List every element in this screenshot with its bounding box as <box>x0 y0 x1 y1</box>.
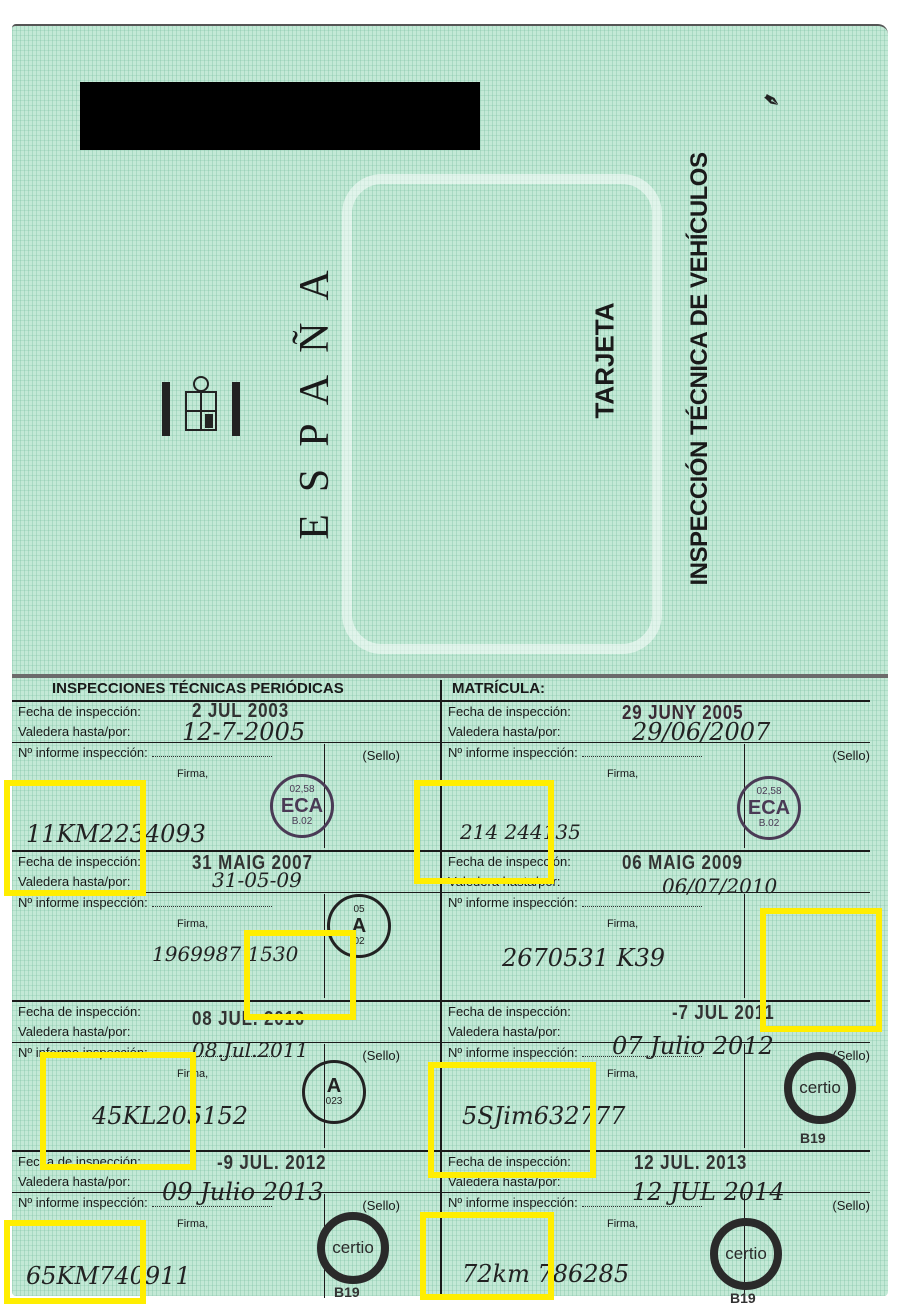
highlight-box <box>40 1052 196 1170</box>
highlight-box <box>4 1220 146 1304</box>
stamped-date: 06 MAIG 2009 <box>622 852 743 875</box>
highlight-box <box>414 780 554 884</box>
fold-line <box>12 674 888 678</box>
highlight-box <box>244 930 356 1020</box>
eca-stamp: 02,58ECAB.02 <box>270 774 334 838</box>
valid-until: 09 Julio 2013 <box>162 1178 324 1206</box>
country-title: ESPAÑA <box>291 234 339 554</box>
a-stamp: A023 <box>302 1060 366 1124</box>
periodic-inspections-column: INSPECCIONES TÉCNICAS PERIÓDICAS Fecha d… <box>12 680 442 1300</box>
valid-until: 29/06/2007 <box>632 718 770 746</box>
highlight-box <box>420 1212 554 1300</box>
stamped-date: -9 JUL. 2012 <box>217 1152 326 1175</box>
certio-stamp: certio <box>317 1212 389 1284</box>
certio-stamp: certio <box>710 1218 782 1290</box>
card-word: TARJETA <box>590 271 621 451</box>
redacted-block <box>80 82 480 150</box>
report-number: 2670531 K39 <box>502 944 665 972</box>
card-title: INSPECCIÓN TÉCNICA DE VEHÍCULOS <box>686 139 714 599</box>
column-header: INSPECCIONES TÉCNICAS PERIÓDICAS <box>12 680 440 702</box>
coat-of-arms-icon <box>158 374 244 444</box>
column-header: MATRÍCULA: <box>442 680 870 702</box>
country-title-wrap: ESPAÑA <box>155 250 475 300</box>
valid-until: 08.Jul.2011 <box>192 1038 308 1062</box>
stamped-date: 12 JUL. 2013 <box>634 1152 747 1175</box>
highlight-box <box>4 780 146 896</box>
valid-until: 12-7-2005 <box>182 718 305 746</box>
eca-stamp: 02,58ECAB.02 <box>737 776 801 840</box>
certio-stamp: certio <box>784 1052 856 1124</box>
highlight-box <box>760 908 882 1032</box>
highlight-box <box>428 1062 596 1178</box>
valid-until: 12 JUL 2014 <box>632 1178 785 1206</box>
valid-until: 31-05-09 <box>212 868 302 892</box>
valid-until: 06/07/2010 <box>662 874 777 898</box>
valid-until: 07 Julio 2012 <box>612 1032 774 1060</box>
inspection-grid: INSPECCIONES TÉCNICAS PERIÓDICAS Fecha d… <box>12 680 872 1300</box>
